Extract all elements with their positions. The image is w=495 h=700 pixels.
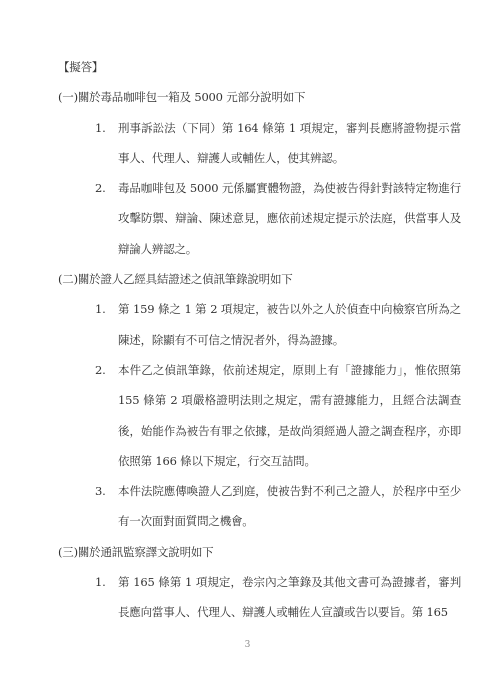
item-number: 1. (95, 113, 118, 143)
item-text: 第 165 條第 1 項規定，卷宗內之筆錄及其他文書可為證據者，審判長應向當事人… (118, 567, 461, 628)
item-text: 本件法院應傳喚證人乙到庭，使被告對不利己之證人，於程序中至少有一次面對面質問之機… (118, 476, 461, 537)
item-number: 2. (95, 355, 118, 385)
list-item: 1.第 165 條第 1 項規定，卷宗內之筆錄及其他文書可為證據者，審判長應向當… (58, 567, 461, 628)
item-text: 第 159 條之 1 第 2 項規定，被告以外之人於偵查中向檢察官所為之陳述，除… (118, 294, 461, 355)
section-heading: (一)關於毒品咖啡包一箱及 5000 元部分說明如下 (58, 82, 461, 112)
page-number: 3 (0, 640, 495, 650)
item-number: 1. (95, 294, 118, 324)
document-body: 【擬答】 (一)關於毒品咖啡包一箱及 5000 元部分說明如下1.刑事訴訟法（下… (58, 52, 461, 628)
item-number: 2. (95, 173, 118, 203)
item-text: 毒品咖啡包及 5000 元係屬實體物證，為使被告得針對該特定物進行攻擊防禦、辯論… (118, 173, 461, 264)
item-number: 3. (95, 476, 118, 506)
item-text: 本件乙之偵訊筆錄，依前述規定，原則上有「證據能力」，惟依照第 155 條第 2 … (118, 355, 461, 476)
list-item: 2.本件乙之偵訊筆錄，依前述規定，原則上有「證據能力」，惟依照第 155 條第 … (58, 355, 461, 476)
answer-title: 【擬答】 (58, 52, 461, 82)
section-heading: (二)關於證人乙經具結證述之偵訊筆錄說明如下 (58, 264, 461, 294)
list-item: 1.刑事訴訟法（下同）第 164 條第 1 項規定，審判長應將證物提示當事人、代… (58, 113, 461, 174)
item-number: 1. (95, 567, 118, 597)
item-text: 刑事訴訟法（下同）第 164 條第 1 項規定，審判長應將證物提示當事人、代理人… (118, 113, 461, 174)
document-page: 【擬答】 (一)關於毒品咖啡包一箱及 5000 元部分說明如下1.刑事訴訟法（下… (0, 0, 495, 700)
section-heading: (三)關於通訊監察譯文說明如下 (58, 537, 461, 567)
list-item: 2.毒品咖啡包及 5000 元係屬實體物證，為使被告得針對該特定物進行攻擊防禦、… (58, 173, 461, 264)
list-item: 1.第 159 條之 1 第 2 項規定，被告以外之人於偵查中向檢察官所為之陳述… (58, 294, 461, 355)
list-item: 3.本件法院應傳喚證人乙到庭，使被告對不利己之證人，於程序中至少有一次面對面質問… (58, 476, 461, 537)
